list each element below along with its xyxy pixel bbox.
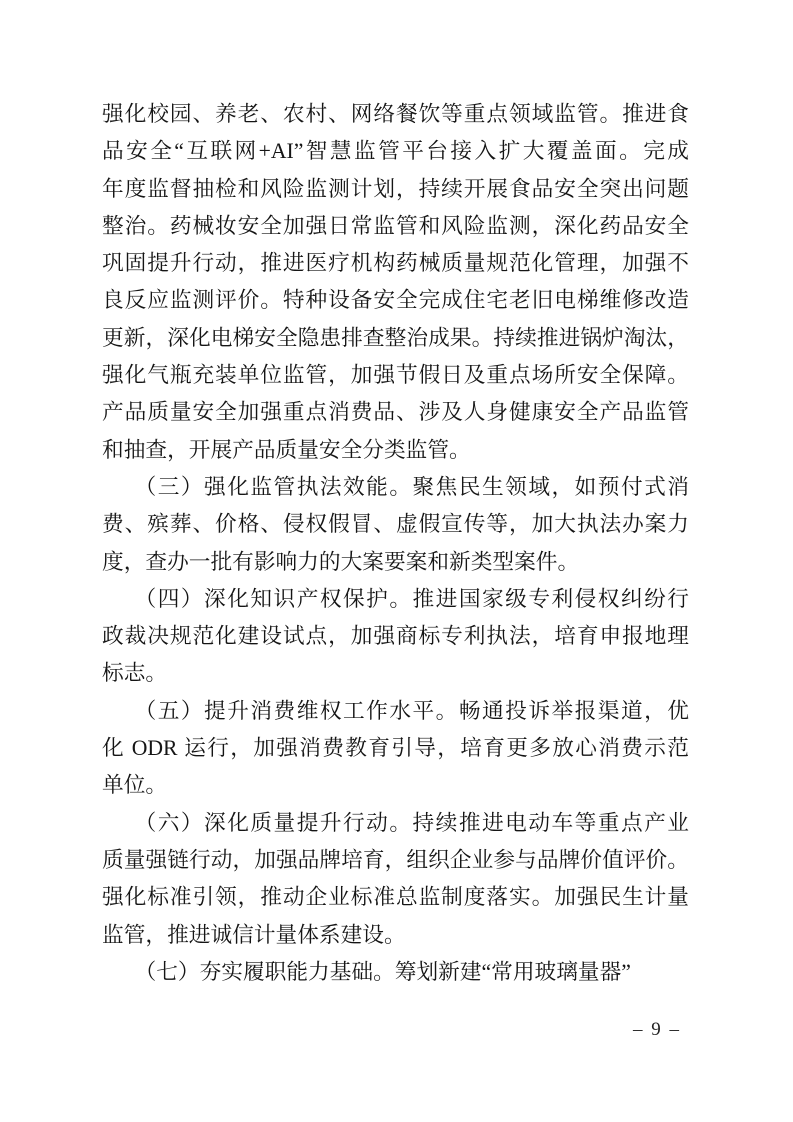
document-line: （五）提升消费维权工作水平。畅通投诉举报渠道，优 — [102, 693, 689, 730]
document-line: 费、殡葬、价格、侵权假冒、虚假宣传等，加大执法办案力 — [102, 506, 689, 543]
paragraph: （六）深化质量提升行动。持续推进电动车等重点产业 质量强链行动，加强品牌培育，组… — [102, 805, 689, 954]
document-line: （七）夯实履职能力基础。筹划新建“常用玻璃量器” — [102, 954, 689, 991]
document-line: 质量强链行动，加强品牌培育，组织企业参与品牌价值评价。 — [102, 842, 689, 879]
page-number: – 9 – — [633, 1019, 681, 1041]
document-line: 巩固提升行动，推进医疗机构药械质量规范化管理，加强不 — [102, 245, 689, 282]
paragraph: （七）夯实履职能力基础。筹划新建“常用玻璃量器” — [102, 954, 689, 991]
paragraph: （三）强化监管执法效能。聚焦民生领域，如预付式消 费、殡葬、价格、侵权假冒、虚假… — [102, 469, 689, 581]
paragraph: （四）深化知识产权保护。推进国家级专利侵权纠纷行 政裁决规范化建设试点，加强商标… — [102, 581, 689, 693]
page-body-text: 强化校园、养老、农村、网络餐饮等重点领域监管。推进食 品安全“互联网+AI”智慧… — [102, 96, 689, 991]
document-line: 监管，推进诚信计量体系建设。 — [102, 917, 689, 954]
paragraph: 强化校园、养老、农村、网络餐饮等重点领域监管。推进食 品安全“互联网+AI”智慧… — [102, 96, 689, 469]
document-line: 单位。 — [102, 767, 689, 804]
document-line: （三）强化监管执法效能。聚焦民生领域，如预付式消 — [102, 469, 689, 506]
document-line: 强化校园、养老、农村、网络餐饮等重点领域监管。推进食 — [102, 96, 689, 133]
document-line: 强化气瓶充装单位监管，加强节假日及重点场所安全保障。 — [102, 357, 689, 394]
document-line: 年度监督抽检和风险监测计划，持续开展食品安全突出问题 — [102, 171, 689, 208]
document-page: 强化校园、养老、农村、网络餐饮等重点领域监管。推进食 品安全“互联网+AI”智慧… — [0, 0, 793, 1122]
document-line: 和抽查，开展产品质量安全分类监管。 — [102, 432, 689, 469]
document-line: 度，查办一批有影响力的大案要案和新类型案件。 — [102, 544, 689, 581]
document-line: （六）深化质量提升行动。持续推进电动车等重点产业 — [102, 805, 689, 842]
document-line: 标志。 — [102, 655, 689, 692]
document-line: 整治。药械妆安全加强日常监管和风险监测，深化药品安全 — [102, 208, 689, 245]
document-line: 强化标准引领，推动企业标准总监制度落实。加强民生计量 — [102, 879, 689, 916]
document-line: （四）深化知识产权保护。推进国家级专利侵权纠纷行 — [102, 581, 689, 618]
document-line: 更新，深化电梯安全隐患排查整治成果。持续推进锅炉淘汰， — [102, 320, 689, 357]
document-line: 良反应监测评价。特种设备安全完成住宅老旧电梯维修改造 — [102, 282, 689, 319]
document-line: 产品质量安全加强重点消费品、涉及人身健康安全产品监管 — [102, 394, 689, 431]
document-line: 政裁决规范化建设试点，加强商标专利执法，培育申报地理 — [102, 618, 689, 655]
paragraph: （五）提升消费维权工作水平。畅通投诉举报渠道，优 化 ODR 运行，加强消费教育… — [102, 693, 689, 805]
document-line: 化 ODR 运行，加强消费教育引导，培育更多放心消费示范 — [102, 730, 689, 767]
document-line: 品安全“互联网+AI”智慧监管平台接入扩大覆盖面。完成 — [102, 133, 689, 170]
